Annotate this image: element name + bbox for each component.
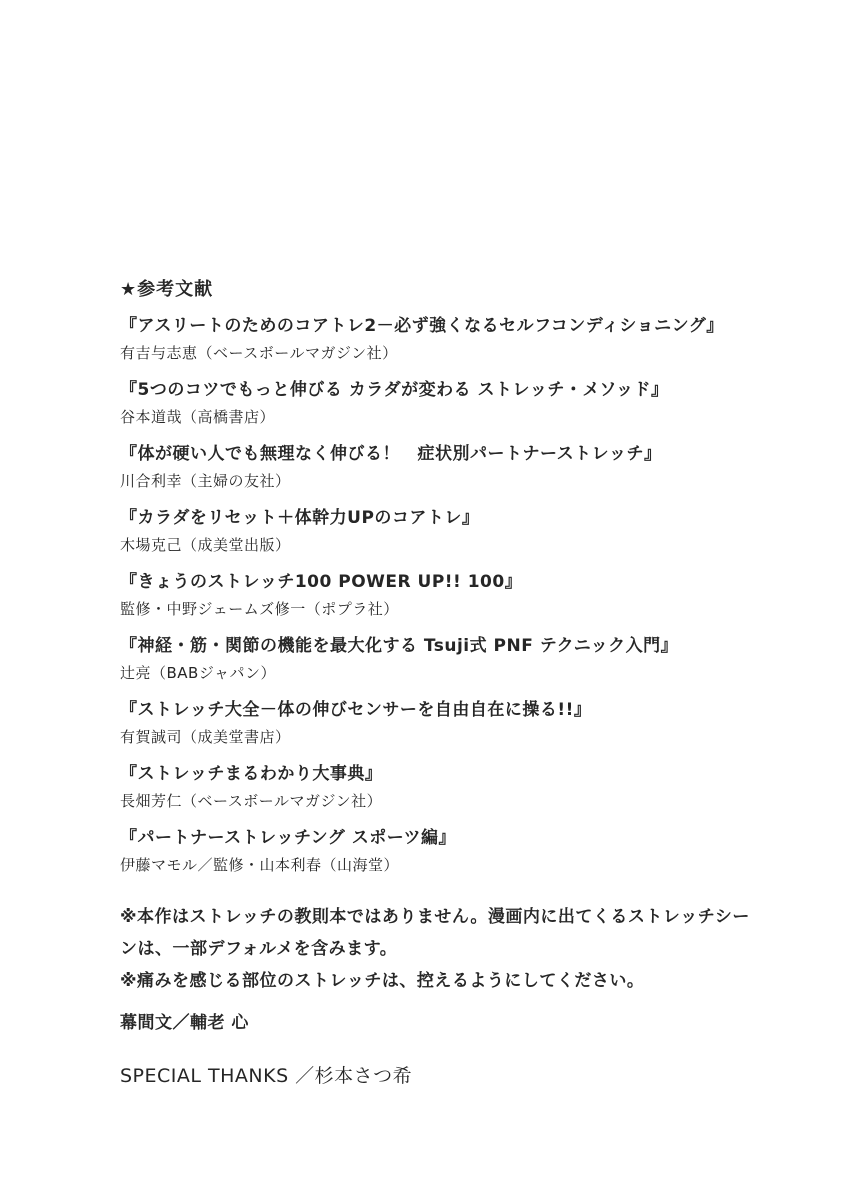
disclaimer-note-2: ※痛みを感じる部位のストレッチは、控えるようにしてください。 [120,965,758,997]
disclaimer-notes: ※本作はストレッチの教則本ではありません。漫画内に出てくるストレッチシーンは、一… [120,901,758,997]
book-author: 有賀誠司（成美堂書店） [120,724,758,751]
book-title: 『神経・筋・関節の機能を最大化する Tsuji式 PNF テクニック入門』 [120,633,758,660]
book-author: 伊藤マモル／監修・山本利春（山海堂） [120,852,758,879]
book-author: 木場克己（成美堂出版） [120,532,758,559]
book-title: 『体が硬い人でも無理なく伸びる！ 症状別パートナーストレッチ』 [120,441,758,468]
book-title: 『5つのコツでもっと伸びる カラダが変わる ストレッチ・メソッド』 [120,377,758,404]
book-title: 『ストレッチ大全－体の伸びセンサーを自由自在に操る!!』 [120,697,758,724]
book-title: 『カラダをリセット＋体幹力UPのコアトレ』 [120,505,758,532]
reference-entry: 『ストレッチまるわかり大事典』 長畑芳仁（ベースボールマガジン社） [120,761,758,815]
reference-entry: 『きょうのストレッチ100 POWER UP!! 100』 監修・中野ジェームズ… [120,569,758,623]
book-author: 川合利幸（主婦の友社） [120,468,758,495]
reference-entry: 『ストレッチ大全－体の伸びセンサーを自由自在に操る!!』 有賀誠司（成美堂書店） [120,697,758,751]
reference-list: 『アスリートのためのコアトレ2－必ず強くなるセルフコンディショニング』 有吉与志… [120,313,758,879]
reference-entry: 『体が硬い人でも無理なく伸びる！ 症状別パートナーストレッチ』 川合利幸（主婦の… [120,441,758,495]
disclaimer-note-1: ※本作はストレッチの教則本ではありません。漫画内に出てくるストレッチシーンは、一… [120,901,758,965]
reference-entry: 『アスリートのためのコアトレ2－必ず強くなるセルフコンディショニング』 有吉与志… [120,313,758,367]
reference-entry: 『カラダをリセット＋体幹力UPのコアトレ』 木場克己（成美堂出版） [120,505,758,559]
interlude-writer-credit: 幕間文／輔老 心 [120,1010,758,1037]
reference-entry: 『5つのコツでもっと伸びる カラダが変わる ストレッチ・メソッド』 谷本道哉（高… [120,377,758,431]
book-title: 『アスリートのためのコアトレ2－必ず強くなるセルフコンディショニング』 [120,313,758,340]
section-heading: ★参考文献 [120,276,758,303]
book-title: 『パートナーストレッチング スポーツ編』 [120,825,758,852]
book-title: 『きょうのストレッチ100 POWER UP!! 100』 [120,569,758,596]
reference-entry: 『神経・筋・関節の機能を最大化する Tsuji式 PNF テクニック入門』 辻亮… [120,633,758,687]
book-author: 谷本道哉（高橋書店） [120,404,758,431]
special-thanks-credit: SPECIAL THANKS ／杉本さつ希 [120,1063,758,1090]
book-author: 有吉与志恵（ベースボールマガジン社） [120,340,758,367]
book-title: 『ストレッチまるわかり大事典』 [120,761,758,788]
references-page: ★参考文献 『アスリートのためのコアトレ2－必ず強くなるセルフコンディショニング… [0,0,846,1200]
book-author: 長畑芳仁（ベースボールマガジン社） [120,788,758,815]
book-author: 監修・中野ジェームズ修一（ポプラ社） [120,596,758,623]
reference-entry: 『パートナーストレッチング スポーツ編』 伊藤マモル／監修・山本利春（山海堂） [120,825,758,879]
book-author: 辻亮（BABジャパン） [120,660,758,687]
